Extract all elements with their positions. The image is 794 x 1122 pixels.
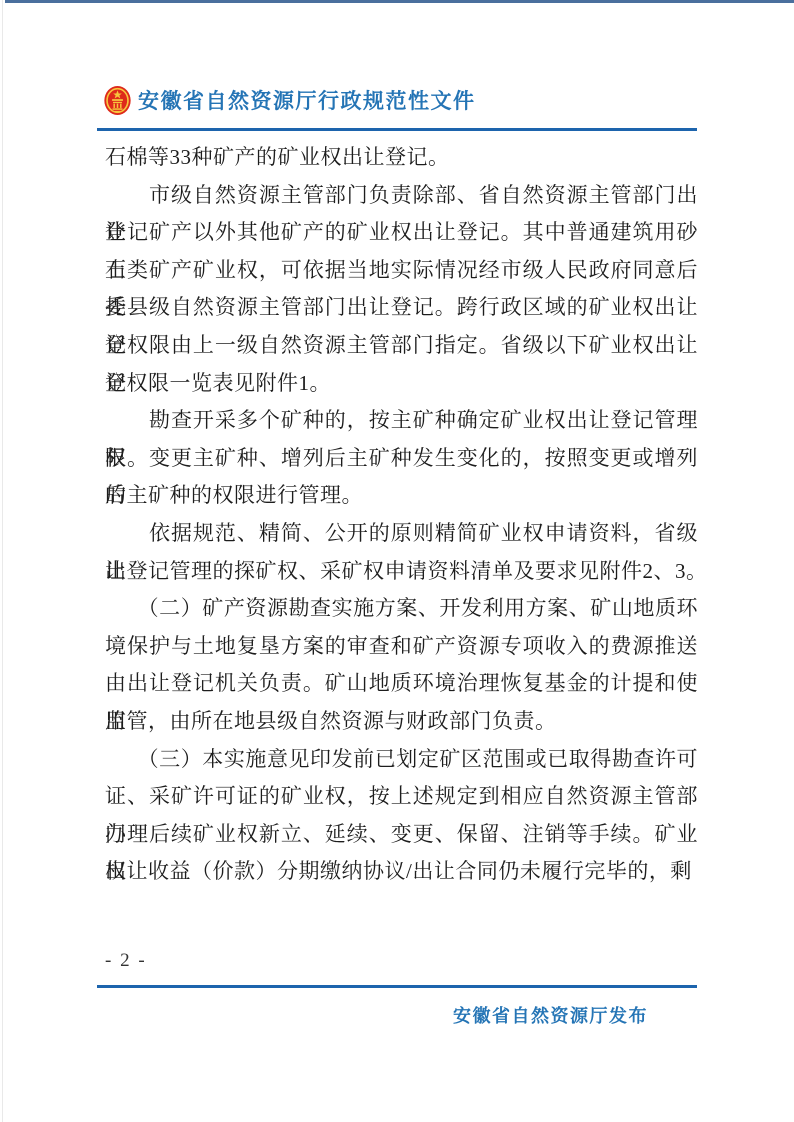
- body-text-line: 的主矿种的权限进行管理。: [105, 477, 698, 515]
- footer-rule-line: [97, 985, 697, 988]
- body-text-line: 市级自然资源主管部门负责除部、省自然资源主管部门出让: [105, 177, 698, 215]
- page-number: - 2 -: [105, 948, 147, 974]
- page-top-edge-line: [5, 0, 794, 3]
- header-rule-line: [97, 128, 697, 131]
- body-text-line: 监管，由所在地县级自然资源与财政部门负责。: [105, 703, 698, 741]
- body-text-line: 依据规范、精简、公开的原则精简矿业权申请资料，省级出: [105, 515, 698, 553]
- body-text-line: 让登记管理的探矿权、采矿权申请资料清单及要求见附件2、3。: [105, 553, 698, 591]
- document-page: 安徽省自然资源厅行政规范性文件 石棉等33种矿产的矿业权出让登记。 市级自然资源…: [0, 0, 794, 1122]
- document-header-title: 安徽省自然资源厅行政规范性文件: [138, 85, 476, 115]
- body-text-block: 石棉等33种矿产的矿业权出让登记。 市级自然资源主管部门负责除部、省自然资源主管…: [105, 139, 698, 891]
- body-text-line: 出让收益（价款）分期缴纳协议/出让合同仍未履行完毕的，剩: [105, 853, 698, 891]
- body-text-line: 勘查开采多个矿种的，按主矿种确定矿业权出让登记管理权: [105, 402, 698, 440]
- body-text-line: 土类矿产矿业权，可依据当地实际情况经市级人民政府同意后委: [105, 252, 698, 290]
- body-text-line: （三）本实施意见印发前已划定矿区范围或已取得勘查许可: [105, 741, 698, 779]
- body-text-line: 境保护与土地复垦方案的审查和矿产资源专项收入的费源推送: [105, 628, 698, 666]
- publisher-label: 安徽省自然资源厅发布: [105, 1002, 648, 1028]
- national-emblem-icon: [104, 85, 131, 116]
- body-text-line: 证、采矿许可证的矿业权，按上述规定到相应自然资源主管部门: [105, 778, 698, 816]
- body-text-line: 由出让登记机关负责。矿山地质环境治理恢复基金的计提和使用: [105, 665, 698, 703]
- page-left-edge-line: [2, 0, 3, 1122]
- body-text-line: （二）矿产资源勘查实施方案、开发利用方案、矿山地质环: [105, 590, 698, 628]
- body-text-line: 石棉等33种矿产的矿业权出让登记。: [105, 139, 698, 177]
- body-text-line: 记权限由上一级自然资源主管部门指定。省级以下矿业权出让登: [105, 327, 698, 365]
- body-text-line: 登记矿产以外其他矿产的矿业权出让登记。其中普通建筑用砂石: [105, 214, 698, 252]
- body-text-line: 办理后续矿业权新立、延续、变更、保留、注销等手续。矿业权: [105, 816, 698, 854]
- document-header: 安徽省自然资源厅行政规范性文件: [104, 83, 476, 117]
- body-text-line: 记权限一览表见附件1。: [105, 365, 698, 403]
- body-text-line: 托县级自然资源主管部门出让登记。跨行政区域的矿业权出让登: [105, 289, 698, 327]
- body-text-line: 限。变更主矿种、增列后主矿种发生变化的，按照变更或增列后: [105, 440, 698, 478]
